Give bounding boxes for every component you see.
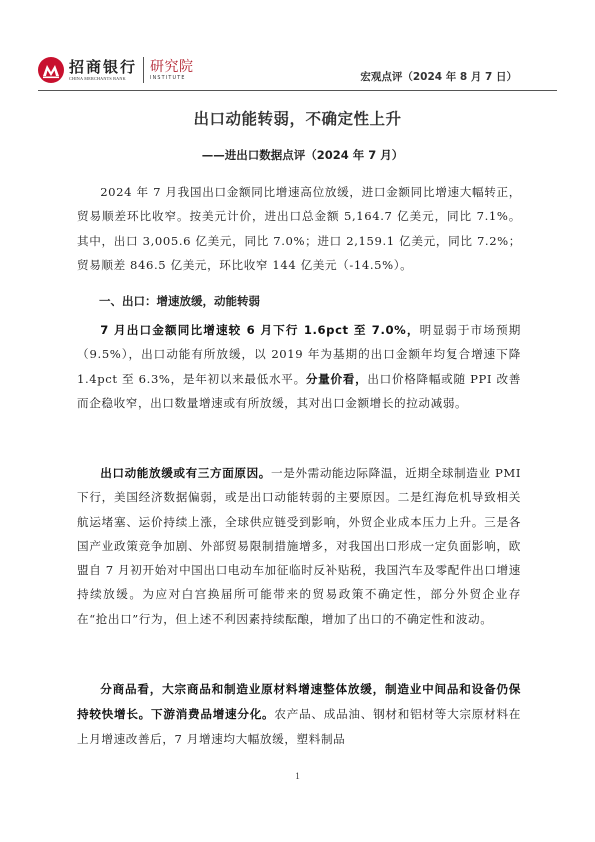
document-title: 出口动能转弱，不确定性上升 bbox=[0, 107, 595, 129]
document-subtitle: ——进出口数据点评（2024 年 7 月） bbox=[0, 147, 595, 163]
paragraph-export-growth-lead: 7 月出口金额同比增速较 6 月下行 1.6pct 至 7.0%， bbox=[100, 323, 419, 337]
cmb-logo-icon bbox=[38, 57, 64, 83]
paragraph-export-growth: 7 月出口金额同比增速较 6 月下行 1.6pct 至 7.0%，明显弱于市场预… bbox=[77, 318, 521, 415]
section-heading-export: 一、出口：增速放缓，动能转弱 bbox=[99, 293, 260, 309]
cmb-logo: 招商银行 CHINA MERCHANTS BANK 研究院 INSTITUTE bbox=[38, 54, 194, 86]
institute-name-en: INSTITUTE bbox=[150, 76, 194, 82]
paragraph-export-reasons: 出口动能放缓或有三方面原因。一是外需动能边际降温，近期全球制造业 PMI 下行，… bbox=[77, 461, 521, 631]
bank-name-en: CHINA MERCHANTS BANK bbox=[69, 76, 137, 82]
paragraph-summary: 2024 年 7 月我国出口金额同比增速高位放缓，进口金额同比增速大幅转正，贸易… bbox=[77, 180, 521, 277]
page-header: 招商银行 CHINA MERCHANTS BANK 研究院 INSTITUTE … bbox=[38, 52, 557, 91]
paragraph-export-reasons-lead: 出口动能放缓或有三方面原因。 bbox=[100, 466, 271, 480]
paragraph-export-reasons-text: 一是外需动能边际降温，近期全球制造业 PMI 下行，美国经济数据偏弱，或是出口动… bbox=[77, 466, 521, 626]
paragraph-export-growth-lead2: 分量价看， bbox=[306, 372, 367, 386]
report-type-date: 宏观点评（2024 年 8 月 7 日） bbox=[360, 69, 517, 84]
logo-divider bbox=[143, 57, 144, 83]
paragraph-summary-text: 2024 年 7 月我国出口金额同比增速高位放缓，进口金额同比增速大幅转正，贸易… bbox=[77, 180, 521, 277]
paragraph-commodity-breakdown: 分商品看，大宗商品和制造业原材料增速整体放缓，制造业中间品和设备仍保持较快增长。… bbox=[77, 677, 521, 752]
bank-name-cn: 招商银行 bbox=[69, 58, 137, 76]
page-number: 1 bbox=[0, 771, 595, 781]
institute-name-cn: 研究院 bbox=[150, 58, 194, 76]
